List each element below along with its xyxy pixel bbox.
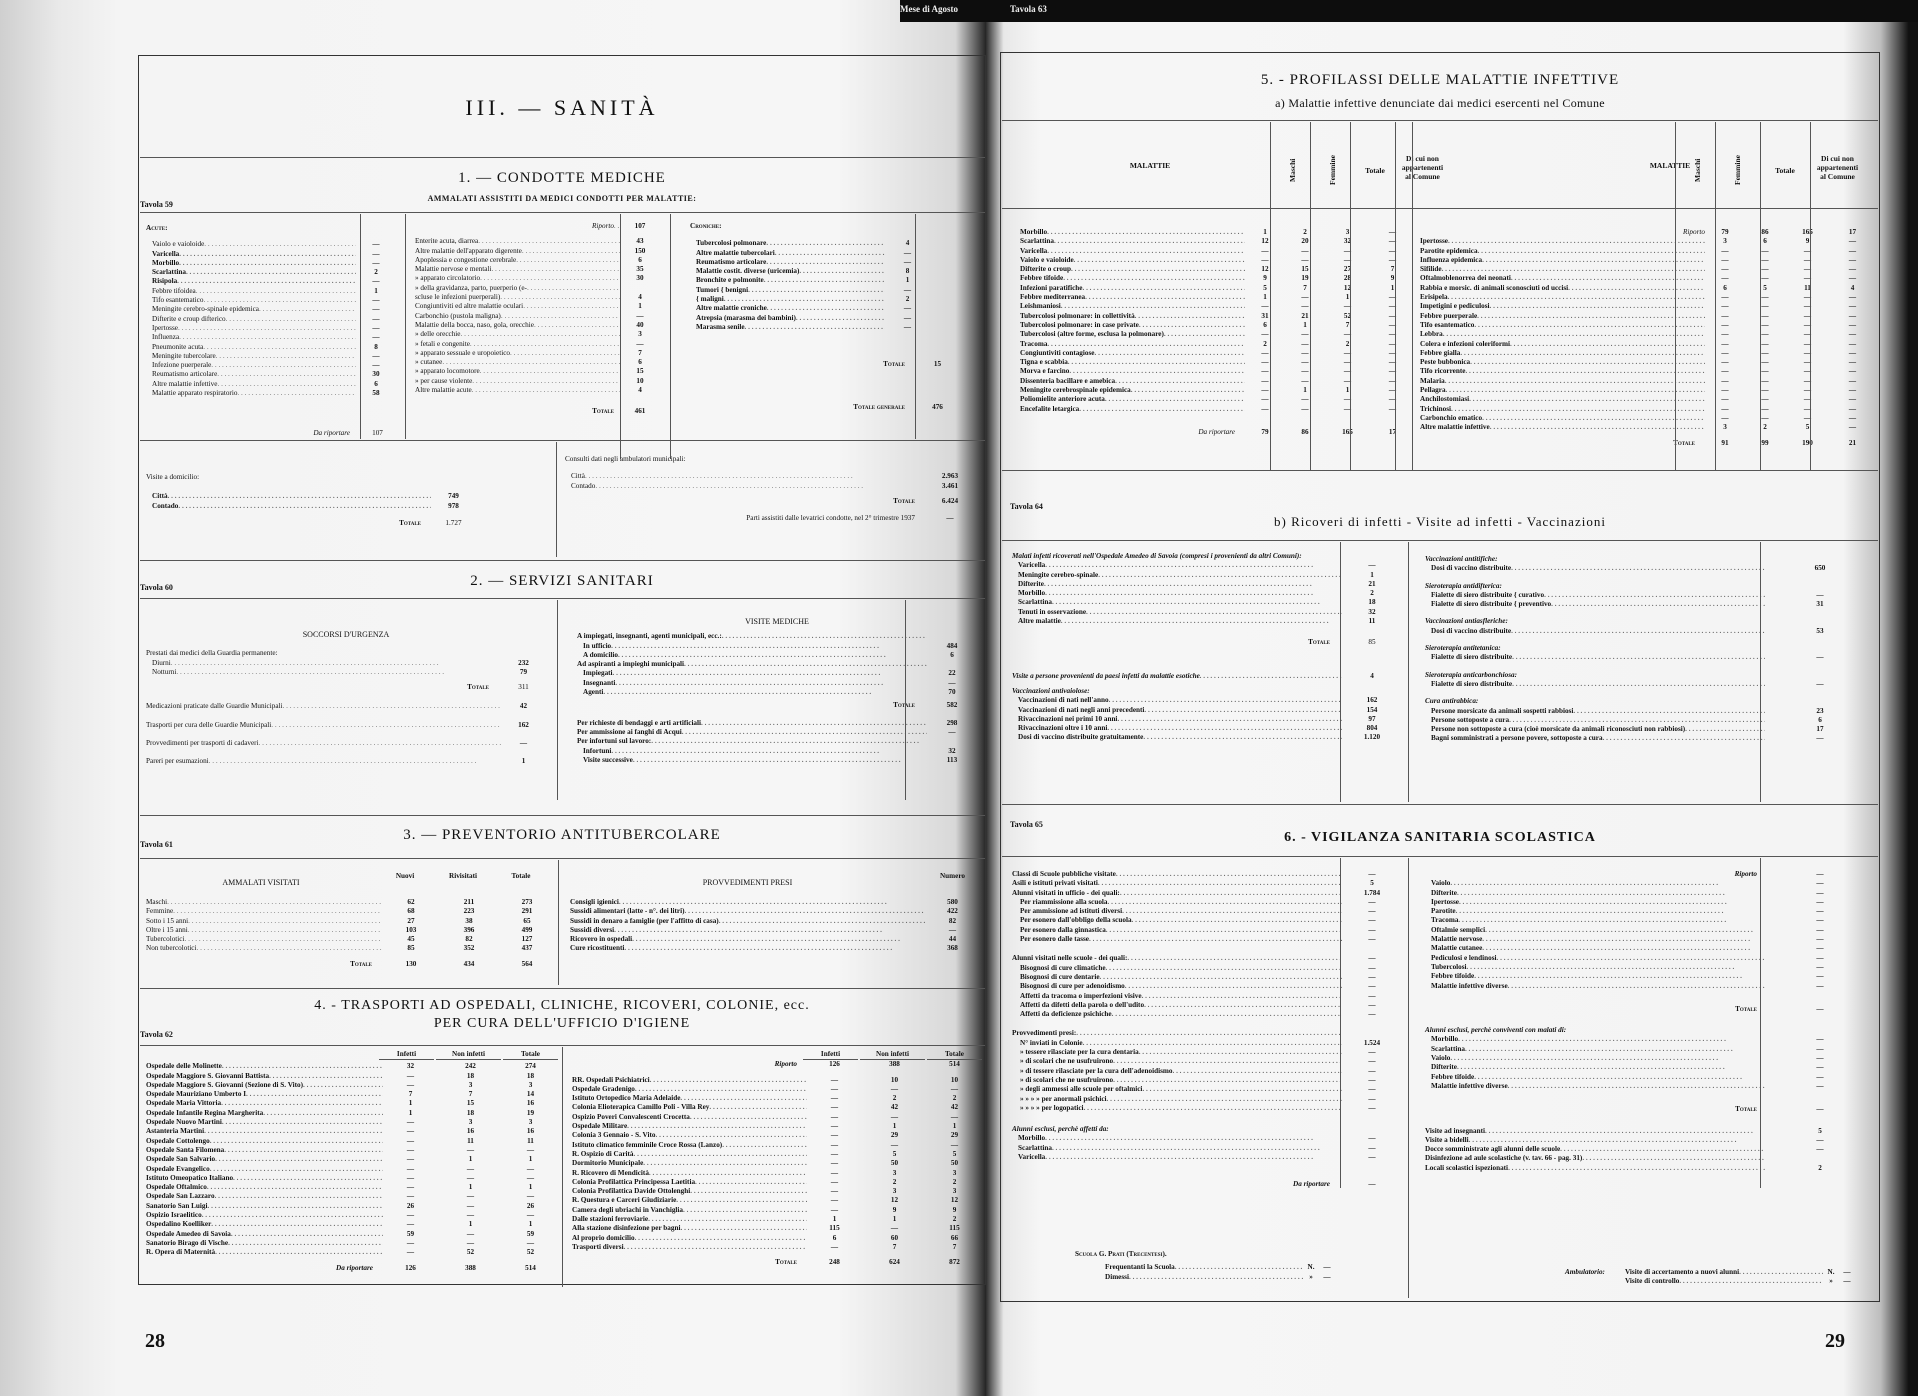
item-label: Per esonero dalle tasse (1012, 935, 1342, 944)
cell-value: — (1745, 321, 1785, 330)
item-value: 7 (620, 349, 660, 358)
cell-value: — (1370, 377, 1415, 386)
item-label: Marasma senile (696, 323, 885, 332)
footer-value: 99 (1745, 439, 1785, 448)
table-row: Astanteria Martini—1616 (146, 1127, 558, 1136)
label-text: Sussidi alimentari (latte - n°. dei litr… (570, 907, 684, 915)
label-text: Malattie infettive diverse (1431, 982, 1508, 990)
label-text: » delle orecchie (415, 330, 461, 338)
item-value: 5 (1765, 1127, 1875, 1136)
item-label: Tubercolosi (1431, 963, 1765, 972)
divider (140, 1045, 985, 1046)
row-label: Sanatorio San Luigi (146, 1202, 383, 1211)
list-item: N° inviati in Colonie1.524 (1012, 1039, 1402, 1048)
label-text: Febbre gialla (1420, 349, 1460, 357)
row-label: Al proprio domicilio (572, 1234, 807, 1243)
footer-label: Riporto (572, 1060, 807, 1069)
label-text: Vaiolo e vaioloide (152, 240, 204, 248)
item-label: » tessere rilasciate per la cura dentari… (1012, 1048, 1342, 1057)
label-text: Ospedale Santa Filomena (146, 1146, 224, 1154)
cell-value: 11 (503, 1137, 558, 1146)
table-row: Leishmaniosi———— (1020, 302, 1415, 311)
item-value: 1 (356, 287, 396, 296)
list-item: Scarlattina— (1431, 1045, 1875, 1054)
item-value: 162 (1342, 696, 1402, 705)
label-text: Scarlattina (1018, 1144, 1052, 1152)
label-text: Pediculosi e lendinosi (1431, 954, 1497, 962)
cell-value: — (1745, 349, 1785, 358)
table-row: Poliomielite anteriore acuta———— (1020, 395, 1415, 404)
label-text: Ospedale Mauriziano Umberto I (146, 1090, 246, 1098)
cell-value: — (1285, 377, 1325, 386)
item-label: Tifo esantematico (152, 296, 356, 305)
footer-value: 388 (438, 1264, 503, 1273)
cell-value: — (1370, 358, 1415, 367)
value: — (1765, 1105, 1875, 1114)
item-value: — (1765, 1082, 1875, 1091)
s5-subtitle: a) Malattie infettive denunciate dai med… (1000, 96, 1880, 111)
list-item: Cure ricostituenti368 (570, 944, 980, 953)
footer-value: 434 (440, 960, 498, 969)
label-text: Altre malattie acute (415, 386, 472, 394)
cell-value: — (1705, 274, 1745, 283)
list-item: Reumatismo articolare— (696, 258, 930, 267)
table-row: Febbre mediterranea1—1— (1020, 293, 1415, 302)
label-text: Astanteria Martini (146, 1127, 204, 1135)
list-item: Altre malattie dell'apparato digerente15… (415, 247, 660, 256)
table-row: Riporto798616517 (1420, 228, 1875, 237)
row-label: Febbre gialla (1420, 349, 1705, 358)
header: Malati infetti ricoverati nell'Ospedale … (1012, 552, 1342, 561)
cell-value: 16 (503, 1099, 558, 1108)
cell-value: — (1745, 265, 1785, 274)
label-text: Docce somministrate agli alunni delle sc… (1425, 1145, 1560, 1153)
label-text: Ospedale Maggiore S. Giovanni (Sezione d… (146, 1081, 303, 1089)
row-label: Anchilostomiasi (1420, 395, 1705, 404)
tavola-64: Tavola 64 (1010, 502, 1043, 511)
cell-value: — (1830, 293, 1875, 302)
cell-value: 9 (862, 1206, 927, 1215)
item-label: Frequentanti la Scuola (1105, 1263, 1303, 1272)
item-value: — (1342, 973, 1402, 982)
block-header: Sieroterapia antidifterica: (1425, 582, 1875, 591)
item-value: 6 (1765, 716, 1875, 725)
item-label: Rivaccinazioni nei primi 10 anni (1018, 715, 1342, 724)
item-value: 44 (925, 935, 980, 944)
cell-value: 29 (862, 1131, 927, 1140)
cell-value: 12 (862, 1196, 927, 1205)
list-item: Docce somministrate agli alunni delle sc… (1425, 1145, 1875, 1154)
label-text: Fialette di siero distribuite { curativo (1431, 591, 1544, 599)
item-label: Tenuti in osservazione (1018, 608, 1342, 617)
item-value: — (1765, 916, 1875, 925)
col-numero: Numero (925, 872, 980, 881)
cell-value: — (1705, 386, 1745, 395)
label-text: Altre malattie dell'apparato digerente (415, 247, 522, 255)
item-label: Malattie nervose e mentali (415, 265, 620, 274)
item-value: — (1342, 870, 1402, 879)
item-label: Varicella (1018, 1153, 1342, 1162)
footer-value: 872 (927, 1258, 982, 1267)
table-row: Infezioni paratifiche57121 (1020, 284, 1415, 293)
label-text: Encefalite letargica (1020, 405, 1079, 413)
item-label: Visite a bidelli (1425, 1136, 1765, 1145)
label: Da riportare (1012, 1180, 1342, 1189)
table-row: Morva e farcino———— (1020, 367, 1415, 376)
footer-value: 79 (1245, 428, 1285, 437)
item-label: Disinfezione ad aule scolastiche (v. tav… (1425, 1154, 1765, 1163)
item-label: Scarlattina (152, 268, 356, 277)
label-text: Malattie cutanee (1431, 944, 1482, 952)
item-label: Affetti da tracoma o imperfezioni visive (1012, 992, 1342, 1001)
column-header-femmine: Femmine (1315, 135, 1350, 205)
cell-value: 65 (498, 917, 556, 926)
cell-value: 42 (862, 1103, 927, 1112)
item-label: Visite successive (577, 756, 927, 765)
running-head-right: Tavola 63 (1010, 4, 1047, 14)
row-label: Tifo esantematico (1420, 321, 1705, 330)
cell-value: 1 (1285, 321, 1325, 330)
item-label: Febbre tifoide (1431, 1073, 1765, 1082)
label-text: Riporto (1683, 228, 1705, 236)
label-text: Infezioni paratifiche (1020, 284, 1082, 292)
list-item: » apparato sessuale e uropoietico7 (415, 349, 660, 358)
label-text: Tubercolosi polmonare: in case private (1020, 321, 1139, 329)
row-label: Istituto climatico femminile Croce Rossa… (572, 1141, 807, 1150)
label-text: Istituto Omeopatico Italiano (146, 1174, 233, 1182)
row-label: Ospedale San Lazzaro (146, 1192, 383, 1201)
column-header-non-appartenenti: Di cui non appartenenti al Comune (1815, 130, 1860, 205)
item-value: 1.784 (1342, 889, 1402, 898)
cell-value: — (1245, 349, 1285, 358)
label-text: Disinfezione ad aule scolastiche (v. tav… (1425, 1154, 1582, 1162)
item-value: — (356, 352, 396, 361)
label-text: Consigli igienici (570, 898, 619, 906)
cell-value: 68 (382, 907, 440, 916)
label-text: Affetti da deficienze psichiche (1020, 1010, 1112, 1018)
item-value: 1.524 (1342, 1039, 1402, 1048)
label-text: Difterite (1431, 889, 1457, 897)
column-header: Totale (927, 1050, 982, 1060)
row-label: Istituto Ortopedico Maria Adelaide (572, 1094, 807, 1103)
item-label: Infortuni (577, 747, 927, 756)
label-text: Morbillo (1431, 1035, 1458, 1043)
list-item: Provvedimenti per trasporti di cadaveri— (146, 739, 546, 748)
item-value: — (885, 304, 930, 313)
scuola-prati: Scuola G. Prati (Trecentesi). Frequentan… (1075, 1250, 1335, 1282)
cell-value: — (1705, 312, 1745, 321)
column-header: Non infetti (436, 1050, 501, 1060)
table-row: Ospedale Nuovo Martini—33 (146, 1118, 558, 1127)
item-label: Affetti da deficienze psichiche (1012, 1010, 1342, 1019)
list-item: Altre malattie tubercolari— (696, 249, 930, 258)
label-text: Carbonchio (pustola maligna) (415, 312, 501, 320)
mid-list: Riporto107 Enterite acuta, diarrea43Altr… (415, 222, 660, 417)
list-item: Alunni visitati in ufficio - dei quali:1… (1012, 889, 1402, 898)
row-label: Ospedale Mauriziano Umberto I (146, 1090, 383, 1099)
cell-value: — (383, 1174, 438, 1183)
list-item: Difterite— (1431, 889, 1875, 898)
label-text: Ricovero in ospedali (570, 935, 632, 943)
row-label: Oftalmoblenorrea dei neonati (1420, 274, 1705, 283)
cell-value: — (383, 1192, 438, 1201)
item-label: Bronchite e polmonite (696, 276, 885, 285)
label-text: » di tessere rilasciate per la cura dell… (1020, 1067, 1172, 1075)
label-text: RR. Ospedali Psichiatrici (572, 1076, 650, 1084)
cell-value: — (1830, 274, 1875, 283)
list-item: » tessere rilasciate per la cura dentari… (1012, 1048, 1402, 1057)
label-text: Pellagra (1420, 386, 1446, 394)
divider (1002, 208, 1878, 209)
item-label: Dimessi (1105, 1273, 1303, 1282)
item-label: Bagni somministrati a persone povere, so… (1425, 734, 1765, 743)
label: Totale generale (690, 403, 915, 412)
item-value: — (1342, 1144, 1402, 1153)
item-value: — (1342, 907, 1402, 916)
row-label: Ospedale Cottolengo (146, 1137, 383, 1146)
row-label: Trichinosi (1420, 405, 1705, 414)
item-value: — (1765, 1054, 1875, 1063)
cell-value: 45 (382, 935, 440, 944)
label-text: Tigna e scabbia (1020, 358, 1068, 366)
table-row: Colera e infezioni coleriformi———— (1420, 340, 1875, 349)
item-label: Asili e istituti privati visitati (1012, 879, 1342, 888)
footer-value: 91 (1705, 439, 1745, 448)
cell-value: — (862, 1224, 927, 1233)
list-item: Frequentanti la ScuolaN.— (1105, 1263, 1335, 1272)
cell-value: 7 (927, 1243, 982, 1252)
column-header-malattie: MALATTIE (1020, 130, 1280, 200)
cell-value: 32 (1325, 237, 1370, 246)
label-text: Febbre mediterranea (1020, 293, 1085, 301)
label-text: Meningite cerebro-spinale (1018, 571, 1098, 579)
cell-value: 16 (503, 1127, 558, 1136)
block-header: Sieroterapia antitetanica: (1425, 644, 1875, 653)
acute-footer: Da riportare 107 (230, 429, 395, 438)
s4-title-1: 4. - TRASPORTI AD OSPEDALI, CLINICHE, RI… (138, 998, 986, 1014)
cell-value: 12 (927, 1196, 982, 1205)
unit: » (1823, 1277, 1839, 1286)
list-item: Atrepsia (marasma dei bambini)— (696, 314, 930, 323)
list-item: Asili e istituti privati visitati5 (1012, 879, 1402, 888)
cell-value: 31 (1245, 312, 1285, 321)
cell-value: — (1325, 395, 1370, 404)
cell-value: — (807, 1131, 862, 1140)
item-label: Morbillo (1018, 1134, 1342, 1143)
row-label: Dormitorio Municipale (572, 1159, 807, 1168)
list-item: » » » » per anormali psichici— (1012, 1095, 1402, 1104)
item-label: Infezione puerperale (152, 361, 356, 370)
row-label: Trasporti diversi (572, 1243, 807, 1252)
cell-value: 27 (382, 917, 440, 926)
item-value: — (1765, 982, 1875, 991)
column-header-femmine: Femmine (1720, 135, 1755, 205)
column-header: Infetti (803, 1050, 858, 1060)
label-text: Per richieste di bendaggi e arti artific… (577, 719, 701, 727)
unit: N. (1303, 1263, 1319, 1272)
row-label: Parotite epidemica (1420, 247, 1705, 256)
footer-value: 248 (807, 1258, 862, 1267)
cell-value: — (1245, 386, 1285, 395)
cell-value: 12 (1325, 284, 1370, 293)
label-text: Frequentanti la Scuola (1105, 1263, 1175, 1271)
label-text: Per ammissione ai fanghi di Acqui (577, 728, 682, 736)
label-text: Pneumonite acuta (152, 343, 203, 351)
s4-title-2: PER CURA DELL'UFFICIO D'IGIENE (138, 1016, 986, 1032)
list-item: Contado3.461 (571, 482, 975, 491)
cell-value: 26 (383, 1202, 438, 1211)
list-item: Tumori { benigni— (696, 286, 930, 295)
table-row: Ospizio Poveri Convalescenti Crocetta——— (572, 1113, 982, 1122)
item-value: 5 (1342, 879, 1402, 888)
table-row: Ipertosse369— (1420, 237, 1875, 246)
label-text: Dosi di vaccino distribuite (1431, 627, 1511, 635)
cell-value: — (1785, 367, 1830, 376)
item-label: Sussidi alimentari (latte - n°. dei litr… (570, 907, 925, 916)
cell-value: 274 (503, 1062, 558, 1071)
label-text: Tifo esantematico (152, 296, 203, 304)
item-label: Vaiolo (1431, 1054, 1765, 1063)
label-text: Malattie della bocca, naso, gola, orecch… (415, 321, 534, 329)
cell-value: 2 (862, 1178, 927, 1187)
table-row: Istituto Ortopedico Maria Adelaide—22 (572, 1094, 982, 1103)
tavola-61: Tavola 61 (140, 840, 173, 849)
table-row: Influenza epidemica———— (1420, 256, 1875, 265)
label-text: Visite a bidelli (1425, 1136, 1469, 1144)
item-value: 3.461 (925, 482, 975, 491)
table-row: Colonia Profilattica Principessa Laetiti… (572, 1178, 982, 1187)
block-header: Vaccinazioni antitifiche: (1425, 555, 1875, 564)
cell-value: — (1325, 256, 1370, 265)
list-item: Diurni232 (152, 659, 546, 668)
item-label: Bisognosi di cure dentarie (1012, 973, 1342, 982)
cell-value: — (807, 1122, 862, 1131)
item-value: 2.963 (925, 472, 975, 481)
cell-value: 11 (1785, 284, 1830, 293)
label-text: Dormitorio Municipale (572, 1159, 643, 1167)
item-label: scluse le infezioni puerperali) (415, 293, 620, 302)
label-text: Meningite cerebrospinale epidemica (1020, 386, 1131, 394)
divider (1715, 122, 1716, 470)
cell-value: 3 (862, 1169, 927, 1178)
label-text: Colera e infezioni coleriformi (1420, 340, 1510, 348)
item-label: Alunni visitati nelle scuole - dei quali… (1012, 954, 1342, 963)
list-item: Ad aspiranti a impieghi municipali (577, 660, 977, 669)
row-label: R. Opera di Maternità (146, 1248, 383, 1257)
label-text: A impiegati, insegnanti, agenti municipa… (577, 632, 722, 640)
item-label: Cure ricostituenti (570, 944, 925, 953)
top-shadow (985, 0, 1918, 22)
label-text: Istituto Ortopedico Maria Adelaide (572, 1094, 680, 1102)
unit: » (1303, 1273, 1319, 1282)
label-text: Insegnanti (583, 679, 615, 687)
cell-value: 1 (862, 1122, 927, 1131)
cell-value: — (1785, 414, 1830, 423)
cell-value: — (438, 1202, 503, 1211)
item-label: Diurni (152, 659, 501, 668)
label-text: Medicazioni praticate dalle Guardie Muni… (146, 702, 283, 710)
cell-value: 1 (438, 1155, 503, 1164)
item-label: » apparato sessuale e uropoietico (415, 349, 620, 358)
footer-value: 514 (503, 1264, 558, 1273)
item-label: Scarlattina (1018, 598, 1342, 607)
table-row: Colonia Profilattica Davide Ottolenghi—3… (572, 1187, 982, 1196)
item-value: 749 (431, 492, 476, 501)
table-row: Tifo esantematico———— (1420, 321, 1875, 330)
cell-value: — (1785, 405, 1830, 414)
item-value: 42 (501, 702, 546, 711)
cell-value: — (1705, 340, 1745, 349)
item-value: — (1765, 963, 1875, 972)
cell-value: 211 (440, 898, 498, 907)
label-text: Vaiolo (1431, 1054, 1450, 1062)
list-item: A impiegati, insegnanti, agenti municipa… (577, 632, 977, 641)
cell-value: — (438, 1230, 503, 1239)
cell-value: — (503, 1146, 558, 1155)
cell-value: 29 (927, 1131, 982, 1140)
cell-value: — (1830, 247, 1875, 256)
label-text: Varicella (1018, 561, 1045, 569)
cell-value: 86 (1745, 228, 1785, 237)
cell-value: — (1830, 302, 1875, 311)
item-value: — (1765, 935, 1875, 944)
value: 461 (620, 407, 660, 416)
cell-value: 59 (503, 1230, 558, 1239)
cell-value: 127 (498, 935, 556, 944)
item-value: — (1765, 1035, 1875, 1044)
value: — (1765, 1005, 1875, 1014)
cell-value: — (1370, 340, 1415, 349)
cell-value: 2 (862, 1094, 927, 1103)
item-value: 368 (925, 944, 980, 953)
label-text: Ospedale Infantile Regina Margherita (146, 1109, 263, 1117)
cell-value: 4 (1830, 284, 1875, 293)
label-text: » apparato sessuale e uropoietico (415, 349, 510, 357)
item-value: — (1765, 926, 1875, 935)
croniche-total: Totale 15 (690, 360, 960, 369)
chapter-title: III. — SANITÀ (138, 95, 986, 121)
list-item: Per esonero dalla ginnastica— (1012, 926, 1402, 935)
cell-value: 50 (927, 1159, 982, 1168)
table-row: Febbre tifoide919289 (1020, 274, 1415, 283)
column-header: Rivisitati (434, 872, 492, 881)
cell-value: — (1705, 377, 1745, 386)
label-text: Ipertosse (1420, 237, 1448, 245)
label-text: Congiuntiviti contagiose (1020, 349, 1094, 357)
label-text: Carbonchio ematico (1420, 414, 1482, 422)
cell-value: — (383, 1220, 438, 1229)
list-item: Contado978 (152, 502, 476, 511)
label-text: Contado (571, 482, 595, 490)
label-text: » cutanee (415, 358, 442, 366)
item-value: — (1765, 1073, 1875, 1082)
label-text: Tubercolosi (1431, 963, 1467, 971)
item-value: 10 (620, 377, 660, 386)
table-row: Encefalite letargica———— (1020, 405, 1415, 414)
label-text: Altre malattie infettive (1420, 423, 1490, 431)
item-label: Altre malattie dell'apparato digerente (415, 247, 620, 256)
label-text: Peste bubbonica (1420, 358, 1470, 366)
label-text: Ospedale San Lazzaro (146, 1192, 215, 1200)
item-value: 4 (885, 239, 930, 248)
label-text: Persone morsicate da animali sospetti ra… (1431, 707, 1573, 715)
list-item: Malattie cutanee— (1431, 944, 1875, 953)
item-value: 650 (1765, 564, 1875, 573)
list-item: Enterite acuta, diarrea43 (415, 237, 660, 246)
list-item: » per cause violente10 (415, 377, 660, 386)
label: Totale (415, 407, 620, 416)
label-text: Trasporti per cura delle Guardie Municip… (146, 721, 271, 729)
